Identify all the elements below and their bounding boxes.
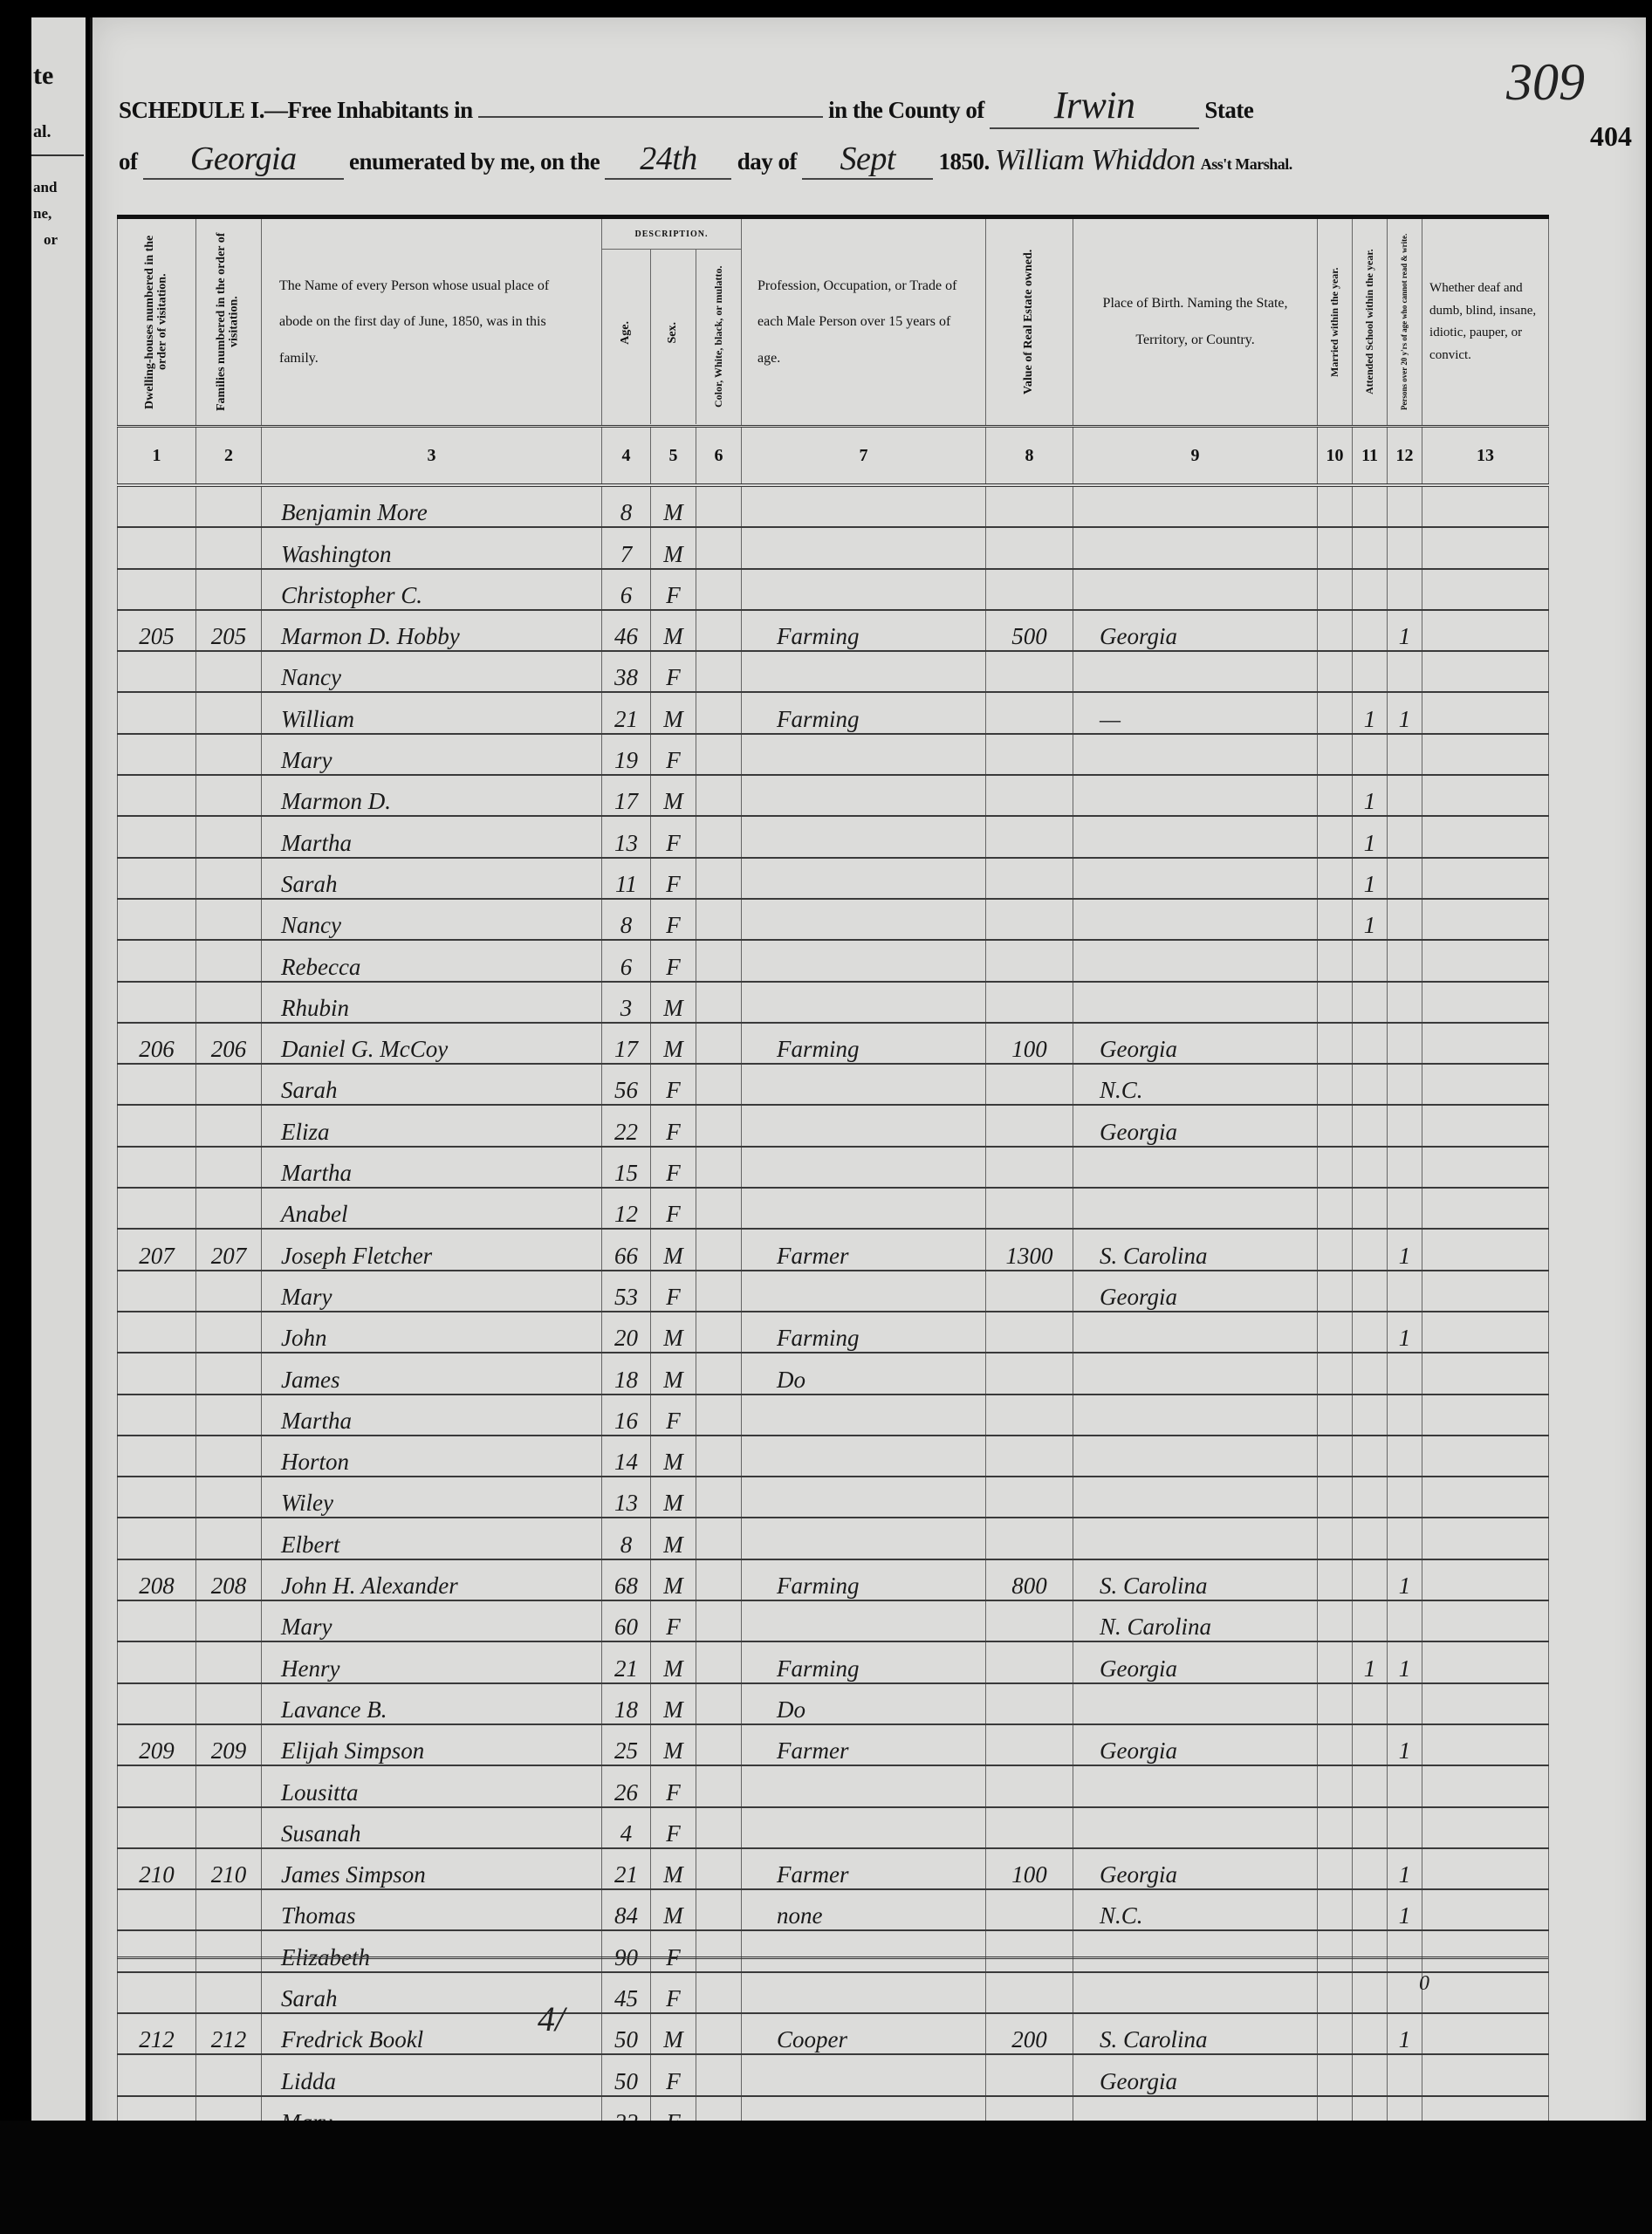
person-name: Elizabeth [262,1930,602,1971]
prev-page-fragment: and [33,179,57,196]
married-within-year [1318,1477,1353,1518]
sex: F [651,1271,696,1312]
color [696,858,742,899]
dwelling-number: 39 [118,2054,196,2095]
married-within-year [1318,1641,1353,1682]
family-number [196,1395,262,1436]
age: 13 [602,1477,651,1518]
sex: M [651,1724,696,1765]
age: 20 [602,1312,651,1353]
sex: M [651,1353,696,1394]
real-estate-value: 1300 [986,1229,1073,1270]
occupation [742,1395,986,1436]
birthplace: S. Carolina [1073,1229,1318,1270]
attended-school [1353,1436,1388,1477]
age: 14 [602,1436,651,1477]
col-number: 10 [1318,427,1353,486]
real-estate-value [986,1064,1073,1105]
family-number: 205 [196,610,262,651]
sex: M [651,2013,696,2054]
color [696,1188,742,1229]
attended-school [1353,1395,1388,1436]
birthplace: Georgia [1073,1724,1318,1765]
prev-page-fragment: ne, [33,205,51,223]
attended-school: 1 [1353,692,1388,733]
birthplace: N. Carolina [1073,1600,1318,1641]
family-number [196,1064,262,1105]
family-number [196,1600,262,1641]
cannot-read-write [1388,1436,1422,1477]
condition: 10 [1422,858,1549,899]
enumeration-line: of Georgia enumerated by me, on the 24th… [119,140,1292,180]
birthplace [1073,734,1318,775]
occupation: Farming [742,1312,986,1353]
census-body: 1 Benjamin More 8 M 1 2 Washington 7 M 2… [118,485,1549,2219]
married-within-year [1318,1064,1353,1105]
col-header-age: Age. [620,321,633,345]
cannot-read-write [1388,1105,1422,1146]
dwelling-number: 33 [118,1807,196,1848]
cannot-read-write [1388,940,1422,981]
color [696,485,742,527]
color [696,651,742,692]
col-number: 11 [1353,427,1388,486]
table-row: 36 Elizabeth 90 F 36 [118,1930,1549,1971]
occupation [742,1518,986,1559]
col-header-birthplace: Place of Birth. Naming the State, Territ… [1073,217,1318,427]
color [696,1518,742,1559]
color [696,1023,742,1064]
occupation [742,527,986,568]
married-within-year [1318,569,1353,610]
prev-page-fragment: al. [33,122,51,142]
dwelling-number: 5 [118,651,196,692]
of-label: of [119,148,138,175]
age: 17 [602,775,651,816]
table-row: 11 Nancy 8 F 1 11 [118,899,1549,940]
occupation [742,899,986,940]
sex: F [651,940,696,981]
sex: M [651,775,696,816]
color [696,1807,742,1848]
dwelling-number: 37 [118,1972,196,2013]
attended-school [1353,1271,1388,1312]
real-estate-value [986,1683,1073,1724]
real-estate-value: 100 [986,1848,1073,1889]
cannot-read-write [1388,899,1422,940]
married-within-year [1318,1518,1353,1559]
schedule-label: SCHEDULE I.—Free Inhabitants in [119,97,473,123]
married-within-year [1318,1930,1353,1971]
col-number: 2 [196,427,262,486]
sex: M [651,1848,696,1889]
color [696,1395,742,1436]
col-number: 9 [1073,427,1318,486]
birthplace [1073,1188,1318,1229]
cannot-read-write: 1 [1388,1724,1422,1765]
age: 68 [602,1559,651,1600]
real-estate-value: 500 [986,610,1073,651]
cannot-read-write [1388,1807,1422,1848]
occupation: Farmer [742,1229,986,1270]
attended-school [1353,1312,1388,1353]
prev-page-fragment: te [33,61,53,91]
occupation [742,1972,986,2013]
condition: 31 [1422,1724,1549,1765]
person-name: Lavance B. [262,1683,602,1724]
footer-mark: 0 [1419,1972,1429,1996]
enumerated-label: enumerated by me, on the [349,148,600,175]
cannot-read-write [1388,1477,1422,1518]
married-within-year [1318,485,1353,527]
real-estate-value [986,1188,1073,1229]
condition: 8 [1422,775,1549,816]
age: 18 [602,1353,651,1394]
color [696,1848,742,1889]
condition: 2 [1422,527,1549,568]
real-estate-value [986,485,1073,527]
person-name: Mary [262,734,602,775]
age: 7 [602,527,651,568]
dwelling-number: 22 [118,1353,196,1394]
family-number [196,2054,262,2095]
occupation [742,1271,986,1312]
table-row: 5 Nancy 38 F 5 [118,651,1549,692]
prev-page-rule [31,154,84,156]
person-name: Lidda [262,2054,602,2095]
family-number [196,734,262,775]
person-name: Eliza [262,1105,602,1146]
family-number [196,816,262,857]
person-name: Marmon D. Hobby [262,610,602,651]
condition: 4 [1422,610,1549,651]
person-name: James Simpson [262,1848,602,1889]
occupation [742,1477,986,1518]
person-name: John H. Alexander [262,1559,602,1600]
col-header-dwelling: Dwelling-houses numbered in the order of… [118,217,196,427]
sex: M [651,1518,696,1559]
sex: F [651,651,696,692]
age: 18 [602,1683,651,1724]
table-row: 32 Lousitta 26 F 32 [118,1765,1549,1806]
attended-school [1353,940,1388,981]
occupation: Farming [742,1641,986,1682]
birthplace [1073,940,1318,981]
dwelling-number: 38212 [118,2013,196,2054]
census-table: Dwelling-houses numbered in the order of… [117,215,1549,2220]
attended-school: 1 [1353,816,1388,857]
table-row: 21 John 20 M Farming 1 21 [118,1312,1549,1353]
table-row: 39 Lidda 50 F Georgia 39 [118,2054,1549,2095]
occupation [742,734,986,775]
table-row: 34210 210 James Simpson 21 M Farmer 100 … [118,1848,1549,1889]
table-row: 38212 212 Fredrick Bookl 50 M Cooper 200… [118,2013,1549,2054]
attended-school [1353,1765,1388,1806]
table-row: 6 William 21 M Farming — 1 1 6 [118,692,1549,733]
attended-school [1353,485,1388,527]
real-estate-value: 100 [986,1023,1073,1064]
attended-school: 1 [1353,858,1388,899]
condition: 32 [1422,1765,1549,1806]
condition: 6 [1422,692,1549,733]
attended-school [1353,1683,1388,1724]
person-name: Sarah [262,1064,602,1105]
cannot-read-write: 1 [1388,1641,1422,1682]
dwelling-number: 29 [118,1641,196,1682]
dwelling-number: 15 [118,1064,196,1105]
table-row: 29 Henry 21 M Farming Georgia 1 1 29 [118,1641,1549,1682]
occupation [742,1807,986,1848]
table-row: 20 Mary 53 F Georgia 20 [118,1271,1549,1312]
age: 12 [602,1188,651,1229]
family-number [196,940,262,981]
occupation: Farming [742,610,986,651]
sex: M [651,610,696,651]
cannot-read-write [1388,1188,1422,1229]
attended-school [1353,1807,1388,1848]
description-label: DESCRIPTION. [602,219,741,250]
attended-school [1353,982,1388,1023]
condition: 27 [1422,1559,1549,1600]
condition: 14 [1422,1023,1549,1064]
real-estate-value: 200 [986,2013,1073,2054]
married-within-year [1318,1889,1353,1930]
age: 6 [602,569,651,610]
col-header-real-estate: Value of Real Estate owned. [986,217,1073,427]
birthplace [1073,982,1318,1023]
age: 3 [602,982,651,1023]
family-number [196,1807,262,1848]
family-number [196,1765,262,1806]
color [696,2013,742,2054]
condition: 34 [1422,1848,1549,1889]
real-estate-value [986,1518,1073,1559]
birthplace [1073,1353,1318,1394]
attended-school [1353,734,1388,775]
dwelling-number: 17 [118,1147,196,1188]
col-header-illiterate: Persons over 20 y'rs of age who cannot r… [1388,217,1422,427]
person-name: Nancy [262,651,602,692]
person-name: Rebecca [262,940,602,981]
table-row: 15 Sarah 56 F N.C. 15 [118,1064,1549,1105]
state-label: State [1204,97,1253,123]
color [696,1229,742,1270]
birthplace [1073,527,1318,568]
occupation [742,1064,986,1105]
cannot-read-write [1388,2054,1422,2095]
dwelling-number: 36 [118,1930,196,1971]
state-field: Georgia [143,140,344,180]
table-row: 18 Anabel 12 F 18 [118,1188,1549,1229]
sex: F [651,569,696,610]
sex: F [651,816,696,857]
table-row: 12 Rebecca 6 F 12 [118,940,1549,981]
real-estate-value [986,527,1073,568]
cannot-read-write: 1 [1388,610,1422,651]
dwelling-number: 34210 [118,1848,196,1889]
table-row: 37 Sarah 45 F 37 [118,1972,1549,2013]
family-number: 206 [196,1023,262,1064]
color [696,1641,742,1682]
person-name: Henry [262,1641,602,1682]
dwelling-number: 10 [118,858,196,899]
age: 21 [602,1848,651,1889]
col-header-sex: Sex. [667,322,680,344]
cannot-read-write [1388,1353,1422,1394]
table-row: 4205 205 Marmon D. Hobby 46 M Farming 50… [118,610,1549,651]
person-name: Martha [262,1147,602,1188]
family-number [196,651,262,692]
col-number: 7 [742,427,986,486]
age: 19 [602,734,651,775]
age: 13 [602,816,651,857]
previous-page-edge: te al. and ne, or [31,17,86,2217]
birthplace [1073,651,1318,692]
attended-school [1353,1147,1388,1188]
condition: 33 [1422,1807,1549,1848]
occupation [742,1600,986,1641]
color [696,527,742,568]
married-within-year [1318,1600,1353,1641]
occupation [742,1436,986,1477]
sex: M [651,1229,696,1270]
dwelling-number: 24 [118,1436,196,1477]
col-number: 13 [1422,427,1549,486]
occupation [742,1188,986,1229]
family-number [196,1188,262,1229]
person-name: Joseph Fletcher [262,1229,602,1270]
day-of-label: day of [737,148,797,175]
col-header-condition: Whether deaf and dumb, blind, insane, id… [1422,217,1549,427]
real-estate-value [986,1972,1073,2013]
color [696,1972,742,2013]
cannot-read-write [1388,651,1422,692]
dwelling-number: 1 [118,485,196,527]
dwelling-number: 19207 [118,1229,196,1270]
condition: 25 [1422,1477,1549,1518]
family-number [196,1271,262,1312]
table-row: 33 Susanah 4 F 33 [118,1807,1549,1848]
married-within-year [1318,1559,1353,1600]
cannot-read-write [1388,1683,1422,1724]
birthplace [1073,899,1318,940]
condition: 7 [1422,734,1549,775]
dwelling-number: 9 [118,816,196,857]
census-page: 309 SCHEDULE I.—Free Inhabitants in in t… [90,17,1646,2208]
sex: F [651,858,696,899]
condition: 38 [1422,2013,1549,2054]
married-within-year [1318,1436,1353,1477]
dwelling-number: 27208 [118,1559,196,1600]
dwelling-number: 6 [118,692,196,733]
person-name: Marmon D. [262,775,602,816]
real-estate-value [986,816,1073,857]
color [696,1683,742,1724]
color [696,1477,742,1518]
condition: 36 [1422,1930,1549,1971]
birthplace [1073,1930,1318,1971]
dwelling-number: 7 [118,734,196,775]
family-number: 209 [196,1724,262,1765]
married-within-year [1318,899,1353,940]
real-estate-value [986,1930,1073,1971]
age: 38 [602,651,651,692]
col-header-married: Married within the year. [1318,217,1353,427]
person-name: Horton [262,1436,602,1477]
attended-school [1353,1848,1388,1889]
birthplace: Georgia [1073,610,1318,651]
age: 46 [602,610,651,651]
cannot-read-write [1388,1765,1422,1806]
condition: 39 [1422,2054,1549,2095]
married-within-year [1318,1105,1353,1146]
occupation: Farmer [742,1848,986,1889]
occupation [742,485,986,527]
table-row: 1 Benjamin More 8 M 1 [118,485,1549,527]
married-within-year [1318,1271,1353,1312]
occupation [742,816,986,857]
sex: M [651,485,696,527]
condition: 37 [1422,1972,1549,2013]
occupation: none [742,1889,986,1930]
birthplace: Georgia [1073,2054,1318,2095]
married-within-year [1318,1312,1353,1353]
condition: 19 [1422,1229,1549,1270]
dwelling-number: 4205 [118,610,196,651]
folio-stamp: 309 [1506,52,1585,113]
attended-school [1353,610,1388,651]
year-label: 1850. [938,148,989,175]
person-name: Elbert [262,1518,602,1559]
condition: 15 [1422,1064,1549,1105]
real-estate-value: 800 [986,1559,1073,1600]
person-name: Anabel [262,1188,602,1229]
attended-school: 1 [1353,899,1388,940]
sex: M [651,1436,696,1477]
table-row: 2 Washington 7 M 2 [118,527,1549,568]
color [696,1436,742,1477]
col-header-school: Attended School within the year. [1353,217,1388,427]
sex: F [651,2054,696,2095]
sex: M [651,1477,696,1518]
real-estate-value [986,1395,1073,1436]
color [696,1064,742,1105]
color [696,1889,742,1930]
birthplace [1073,1765,1318,1806]
real-estate-value [986,982,1073,1023]
married-within-year [1318,1972,1353,2013]
married-within-year [1318,692,1353,733]
sex: F [651,1972,696,2013]
sex: F [651,899,696,940]
footer-mark: 4/ [538,1998,565,2039]
family-number [196,858,262,899]
color [696,816,742,857]
marshal-signature: William Whiddon [995,144,1196,176]
birthplace [1073,858,1318,899]
family-number: 212 [196,2013,262,2054]
sex: M [651,1889,696,1930]
condition: 1 [1422,485,1549,527]
married-within-year [1318,2013,1353,2054]
cannot-read-write [1388,1600,1422,1641]
married-within-year [1318,775,1353,816]
condition: 22 [1422,1353,1549,1394]
color [696,1600,742,1641]
married-within-year [1318,734,1353,775]
age: 8 [602,1518,651,1559]
color [696,692,742,733]
